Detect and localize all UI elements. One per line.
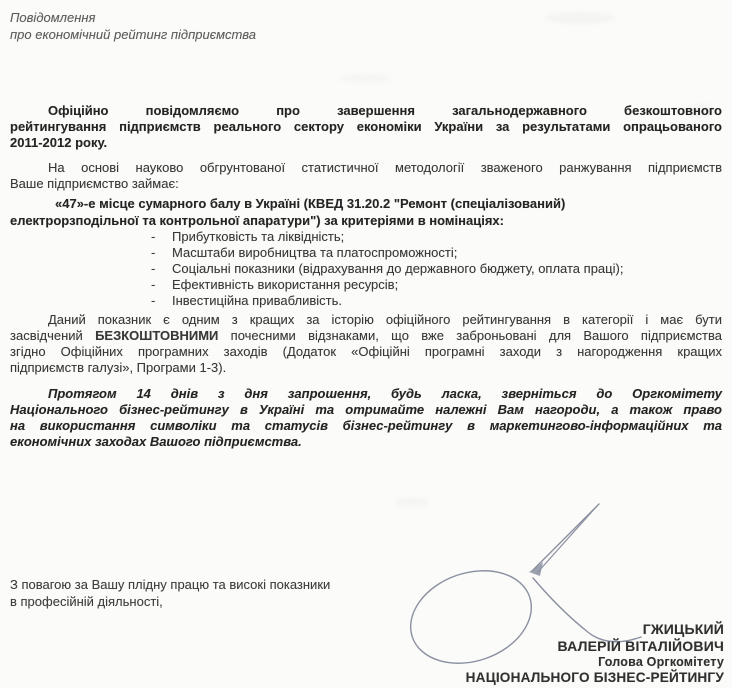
text-line: На основі науково обгрунтованої статисти… (10, 160, 722, 176)
closing-salutation: З повагою за Вашу плідну працю та високі… (10, 577, 330, 610)
dash-marker: - (151, 229, 155, 245)
list-item-text: Масштаби виробництва та платоспроможност… (172, 245, 457, 260)
dash-marker: - (151, 277, 155, 293)
signer-name: ВАЛЕРІЙ ВІТАЛІЙОВИЧ (466, 638, 724, 655)
list-item: -Соціальні показники (відрахування до де… (10, 261, 722, 277)
text-line: «47»-е місце сумарного балу в Україні (К… (10, 196, 722, 212)
text-line: засвідчений БЕЗКОШТОВНИМИ почесними відз… (10, 328, 722, 344)
signer-title: Голова Оргкомітету (466, 654, 724, 670)
text-line: Офіційно повідомляємо про завершення заг… (10, 103, 722, 119)
scan-artifact (545, 12, 615, 24)
closing-line2: в професійній діяльності, (10, 594, 330, 611)
signer-block: ГЖИЦЬКИЙ ВАЛЕРІЙ ВІТАЛІЙОВИЧ Голова Оргк… (466, 621, 724, 686)
text-line: електрорзподільної та контрольної апарат… (10, 213, 722, 229)
text-line: Ваше підприємство займає: (10, 176, 722, 192)
doc-header-line1: Повідомлення (10, 9, 256, 26)
list-item: -Інвестиційна привабливість. (10, 293, 722, 309)
text-line: Протягом 14 днів з дня запрошення, будь … (10, 386, 722, 402)
paragraph: «47»-е місце сумарного балу в Україні (К… (10, 196, 722, 228)
signer-surname: ГЖИЦЬКИЙ (466, 621, 724, 638)
doc-header-line2: про економічний рейтинг підприємства (10, 26, 256, 43)
text-line: 2011-2012 року. (10, 135, 722, 151)
text-line: згідно Офіційних програмних заходів (Дод… (10, 344, 722, 360)
text-line: підприємств галузі», Програми 1-3). (10, 360, 722, 376)
dash-marker: - (151, 293, 155, 309)
criteria-list: -Прибутковість та ліквідність;-Масштаби … (10, 229, 722, 309)
list-item: -Ефективність використання ресурсів; (10, 277, 722, 293)
scan-artifact (340, 74, 390, 83)
signature-stroke (529, 562, 543, 576)
text-line: Національного бізнес-рейтингу в Україні … (10, 402, 722, 418)
list-item: -Прибутковість та ліквідність; (10, 229, 722, 245)
paragraph: Протягом 14 днів з дня запрошення, будь … (10, 386, 722, 450)
scanned-letter-page: Повідомлення про економічний рейтинг під… (0, 0, 732, 688)
doc-header: Повідомлення про економічний рейтинг під… (10, 9, 256, 43)
list-item-text: Соціальні показники (відрахування до дер… (172, 261, 623, 276)
signature-stroke (533, 504, 599, 570)
text-line: рейтингування підприємств реального сект… (10, 119, 722, 135)
text-line: Даний показник є одним з кращих за істор… (10, 312, 722, 328)
dash-marker: - (151, 261, 155, 277)
letter-body: Офіційно повідомляємо про завершення заг… (10, 103, 722, 450)
text-line: на використання символіки та статусів бі… (10, 418, 722, 434)
list-item-text: Ефективність використання ресурсів; (172, 277, 398, 292)
list-item: -Масштаби виробництва та платоспроможнос… (10, 245, 722, 261)
dash-marker: - (151, 245, 155, 261)
text-line: економічних заходах Вашого підприємства. (10, 434, 722, 450)
paragraph: Даний показник є одним з кращих за істор… (10, 312, 722, 376)
closing-line1: З повагою за Вашу плідну працю та високі… (10, 577, 330, 594)
list-item-text: Прибутковість та ліквідність; (172, 229, 344, 244)
paragraph: На основі науково обгрунтованої статисти… (10, 160, 722, 192)
signer-organization: НАЦІОНАЛЬНОГО БІЗНЕС-РЕЙТИНГУ (466, 670, 724, 686)
paragraph: Офіційно повідомляємо про завершення заг… (10, 103, 722, 151)
signature-stroke (537, 506, 597, 573)
list-item-text: Інвестиційна привабливість. (172, 293, 342, 308)
